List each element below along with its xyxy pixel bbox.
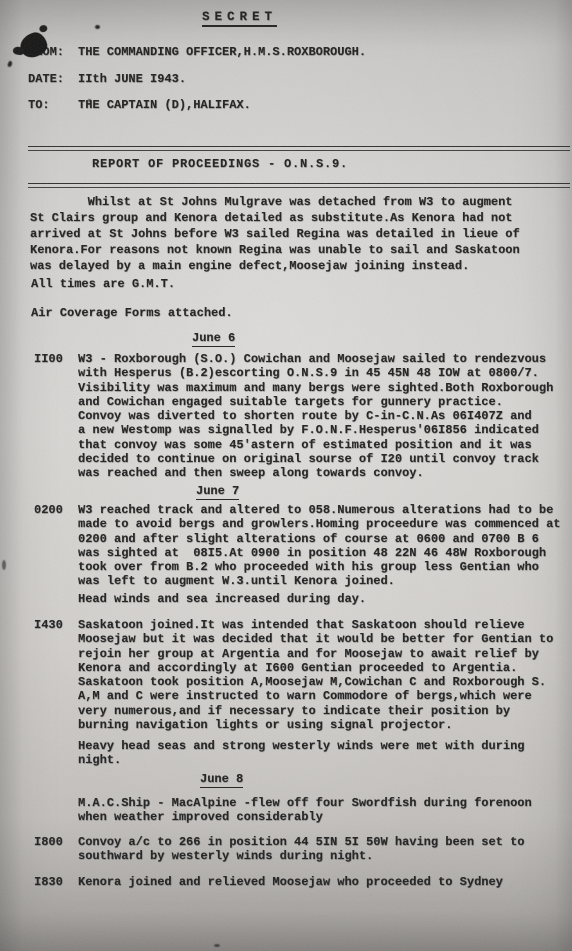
entry-time xyxy=(34,739,78,768)
ink-speck xyxy=(2,560,6,570)
entry-row: I430 Saskatoon joined.It was intended th… xyxy=(34,618,572,732)
to-label: TO: xyxy=(28,98,78,112)
section-heading-june-8: June 8 xyxy=(200,772,243,786)
horizontal-rule-bottom xyxy=(28,183,570,188)
ink-speck xyxy=(7,60,13,67)
note-times: All times are G.M.T. xyxy=(31,277,175,291)
section-heading-june-7: June 7 xyxy=(196,484,239,498)
date-heading: June 8 xyxy=(200,772,243,788)
to-row: TO: THE CAPTAIN (D),HALIFAX. xyxy=(28,98,548,112)
ink-speck xyxy=(95,25,100,29)
horizontal-rule-top xyxy=(28,146,570,151)
entry-time xyxy=(34,796,78,825)
entry-time: II00 xyxy=(34,352,78,481)
entry-time xyxy=(34,592,78,606)
ink-speck xyxy=(88,99,91,102)
entry-text: Heavy head seas and strong westerly wind… xyxy=(78,739,572,768)
note-air-coverage: Air Coverage Forms attached. xyxy=(31,306,233,320)
entry-row: Heavy head seas and strong westerly wind… xyxy=(34,739,572,768)
section-heading-june-6: June 6 xyxy=(192,331,235,345)
entry-row: Head winds and sea increased during day. xyxy=(34,592,572,606)
entry-text: W3 - Roxborough (S.O.) Cowichan and Moos… xyxy=(78,352,572,481)
date-heading: June 7 xyxy=(196,484,239,500)
from-value: THE COMMANDING OFFICER,H.M.S.ROXBOROUGH. xyxy=(78,45,366,59)
to-value: THE CAPTAIN (D),HALIFAX. xyxy=(78,98,251,112)
ink-speck xyxy=(214,944,220,947)
entry-row: I830 Kenora joined and relieved Moosejaw… xyxy=(34,875,572,889)
entry-text: M.A.C.Ship - MacAlpine -flew off four Sw… xyxy=(78,796,572,825)
entry-time: I800 xyxy=(34,835,78,864)
entry-row: II00 W3 - Roxborough (S.O.) Cowichan and… xyxy=(34,352,572,481)
classification-stamp: SECRET xyxy=(202,10,277,24)
entry-text: Convoy a/c to 266 in position 44 5IN 5I … xyxy=(78,835,572,864)
intro-paragraph: Whilst at St Johns Mulgrave was detached… xyxy=(30,195,570,275)
entry-row: 0200 W3 reached track and altered to 058… xyxy=(34,503,572,589)
date-heading: June 6 xyxy=(192,331,235,347)
entry-row: I800 Convoy a/c to 266 in position 44 5I… xyxy=(34,835,572,864)
entry-text: Head winds and sea increased during day. xyxy=(78,592,572,606)
entry-time: 0200 xyxy=(34,503,78,589)
entry-text: Kenora joined and relieved Moosejaw who … xyxy=(78,875,572,889)
entry-time: I830 xyxy=(34,875,78,889)
entry-time: I430 xyxy=(34,618,78,732)
date-label: DATE: xyxy=(28,72,78,86)
classification-text: SECRET xyxy=(202,10,277,27)
report-title: REPORT OF PROCEEDINGS - O.N.S.9. xyxy=(92,157,348,171)
entry-text: Saskatoon joined.It was intended that Sa… xyxy=(78,618,572,732)
date-row: DATE: IIth JUNE I943. xyxy=(28,72,548,86)
entry-row: M.A.C.Ship - MacAlpine -flew off four Sw… xyxy=(34,796,572,825)
entry-text: W3 reached track and altered to 058.Nume… xyxy=(78,503,572,589)
date-value: IIth JUNE I943. xyxy=(78,72,186,86)
scanned-report-page: SECRET FROM: THE COMMANDING OFFICER,H.M.… xyxy=(0,0,572,951)
from-row: FROM: THE COMMANDING OFFICER,H.M.S.ROXBO… xyxy=(28,45,548,59)
